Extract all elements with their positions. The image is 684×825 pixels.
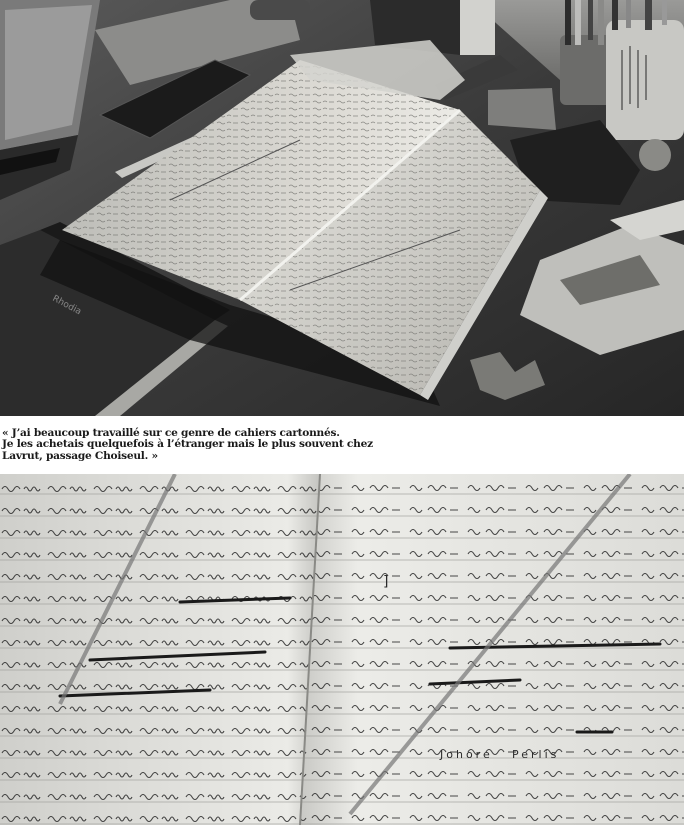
manuscript-photo: Johore Perlis ] xyxy=(0,474,684,825)
caption-line-2: Je les achetais quelquefois à l’étranger… xyxy=(2,439,522,450)
caption-line-3: Lavrut, passage Choiseul. » xyxy=(2,451,522,462)
manuscript-illustration: Johore Perlis ] xyxy=(0,474,684,825)
photo-caption: « J’ai beaucoup travaillé sur ce genre d… xyxy=(2,428,522,462)
word-perlis: Perlis xyxy=(512,748,559,761)
desk-photo: Rhodia xyxy=(0,0,684,416)
decorated-pot xyxy=(606,0,684,140)
desk-photo-illustration: Rhodia xyxy=(0,0,684,416)
word-johore: Johore xyxy=(439,748,493,761)
svg-text:]: ] xyxy=(383,574,388,590)
